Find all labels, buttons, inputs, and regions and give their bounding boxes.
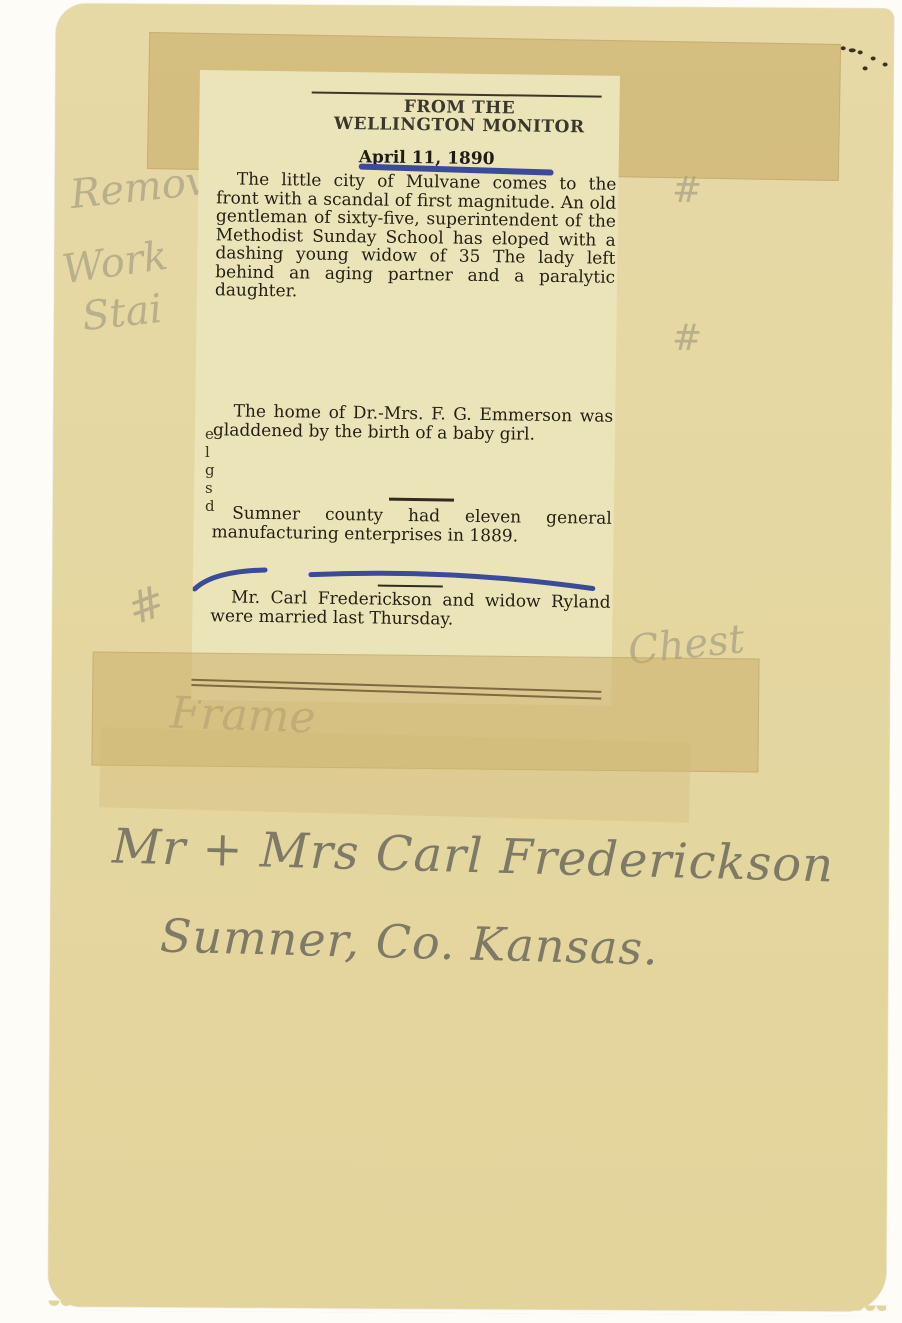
pencil-word-3: Stai <box>80 286 164 340</box>
separator <box>389 498 454 502</box>
adjacent-column-fragment: e l g s d <box>205 425 217 515</box>
article-emmerson-birth: The home of Dr.-Mrs. F. G. Emmerson was … <box>213 402 613 445</box>
pencil-mark-2: # <box>672 318 702 359</box>
masthead-line-2: WELLINGTON MONITOR <box>289 114 629 137</box>
article-mulvane-scandal: The little city of Mulvane comes to the … <box>215 170 617 305</box>
article-frederickson-marriage: Mr. Carl Frederickson and widow Ryland w… <box>210 588 610 631</box>
tape-strip-bottom-residue <box>99 727 691 822</box>
article-sumner-manufacturing: Sumner county had eleven general manufac… <box>211 504 611 547</box>
masthead: FROM THE WELLINGTON MONITOR <box>289 96 629 137</box>
newspaper-clipping: FROM THE WELLINGTON MONITOR April 11, 18… <box>191 70 620 706</box>
